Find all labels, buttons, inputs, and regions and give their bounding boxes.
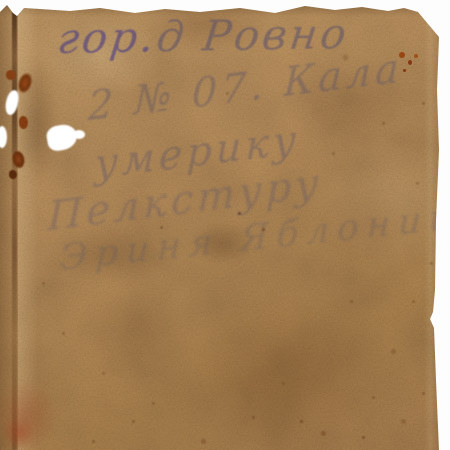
handwriting-word-purple: гор. — [55, 12, 160, 63]
paper-sheet: гор. д Ровно 2 № 07. Кала умерику Пелкст… — [0, 0, 450, 450]
handwriting-word-pencil: д Ровно — [154, 9, 352, 61]
stain-lower-left — [80, 285, 190, 375]
rust-speck-corner — [414, 54, 418, 58]
rust-staple-mark — [19, 116, 28, 129]
scanner-background: гор. д Ровно 2 № 07. Кала умерику Пелкст… — [0, 0, 450, 450]
rust-speck-corner — [403, 69, 406, 72]
paper-tear-hole — [73, 130, 85, 139]
red-stain-core — [2, 416, 36, 450]
dirt-speckles — [0, 0, 3, 3]
handwriting-line-1: гор. д Ровно — [58, 9, 349, 63]
rust-staple-mark — [6, 70, 16, 80]
rust-staple-mark — [9, 170, 17, 179]
stain-bottom-center — [200, 300, 390, 445]
rust-speck-corner — [408, 60, 412, 65]
